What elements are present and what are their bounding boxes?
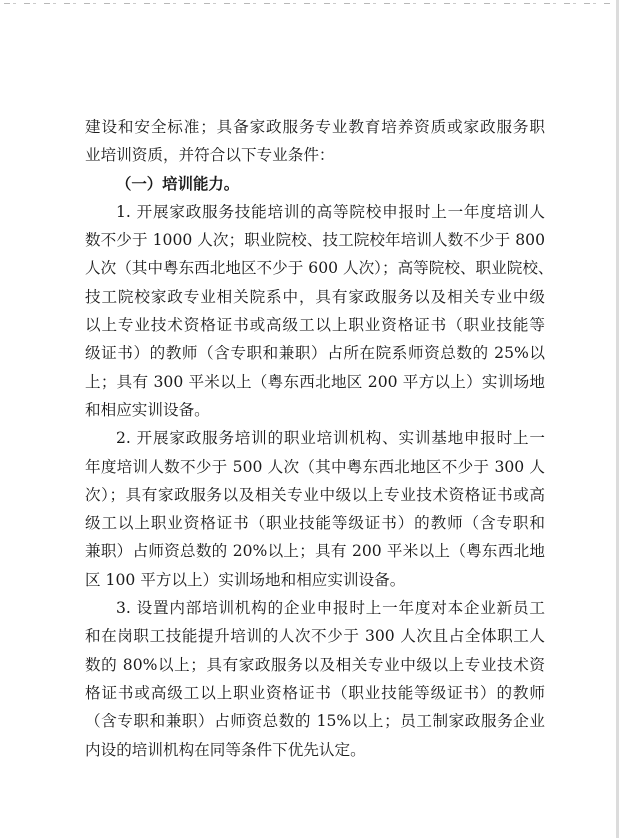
text-line: 以上专业技术资格证书或高级工以上职业资格证书（职业技能等 <box>85 311 545 339</box>
text-line: 技工院校家政专业相关院系中，具有家政服务以及相关专业中级 <box>85 283 545 311</box>
text-line: 年度培训人数不少于 500 人次（其中粤东西北地区不少于 300 人 <box>85 453 545 481</box>
document-page: 建设和安全标准；具备家政服务专业教育培养资质或家政服务职 业培训资质，并符合以下… <box>85 113 545 764</box>
text-line: 区 100 平方以上）实训场地和相应实训设备。 <box>85 566 545 594</box>
item-3-enterprise-training: 3. 设置内部培训机构的企业申报时上一年度对本企业新员工 和在岗职工技能提升培训… <box>85 594 545 764</box>
text-line: 和在岗职工技能提升培训的人次不少于 300 人次且占全体职工人 <box>85 622 545 650</box>
text-line: 级工以上职业资格证书（职业技能等级证书）的教师（含专职和 <box>85 509 545 537</box>
text-line: 上；具有 300 平米以上（粤东西北地区 200 平方以上）实训场地 <box>85 368 545 396</box>
text-line: 1. 开展家政服务技能培训的高等院校申报时上一年度培训人 <box>85 198 545 226</box>
text-line: 兼职）占师资总数的 20%以上；具有 200 平米以上（粤东西北地 <box>85 537 545 565</box>
text-line: 次）；具有家政服务以及相关专业中级以上专业技术资格证书或高 <box>85 481 545 509</box>
text-line: 建设和安全标准；具备家政服务专业教育培养资质或家政服务职 <box>85 113 545 141</box>
text-line: 业培训资质，并符合以下专业条件： <box>85 141 545 169</box>
section-heading-training-capacity: （一）培训能力。 <box>85 170 545 198</box>
text-line: 3. 设置内部培训机构的企业申报时上一年度对本企业新员工 <box>85 594 545 622</box>
text-line: 数不少于 1000 人次；职业院校、技工院校年培训人数不少于 800 <box>85 226 545 254</box>
text-line: 数的 80%以上；具有家政服务以及相关专业中级以上专业技术资 <box>85 651 545 679</box>
text-line: 和相应实训设备。 <box>85 396 545 424</box>
text-line: 人次（其中粤东西北地区不少于 600 人次）；高等院校、职业院校、 <box>85 254 545 282</box>
paragraph-intro-continuation: 建设和安全标准；具备家政服务专业教育培养资质或家政服务职 业培训资质，并符合以下… <box>85 113 545 170</box>
text-line: 内设的培训机构在同等条件下优先认定。 <box>85 736 545 764</box>
item-2-vocational-training: 2. 开展家政服务培训的职业培训机构、实训基地申报时上一 年度培训人数不少于 5… <box>85 424 545 594</box>
text-line: 2. 开展家政服务培训的职业培训机构、实训基地申报时上一 <box>85 424 545 452</box>
scan-artifact-top <box>4 3 611 4</box>
text-line: 格证书或高级工以上职业资格证书（职业技能等级证书）的教师 <box>85 679 545 707</box>
text-line: （含专职和兼职）占师资总数的 15%以上；员工制家政服务企业 <box>85 707 545 735</box>
item-1-higher-education: 1. 开展家政服务技能培训的高等院校申报时上一年度培训人 数不少于 1000 人… <box>85 198 545 424</box>
text-line: 级证书）的教师（含专职和兼职）占所在院系师资总数的 25%以 <box>85 339 545 367</box>
section-heading: （一）培训能力。 <box>85 170 545 198</box>
